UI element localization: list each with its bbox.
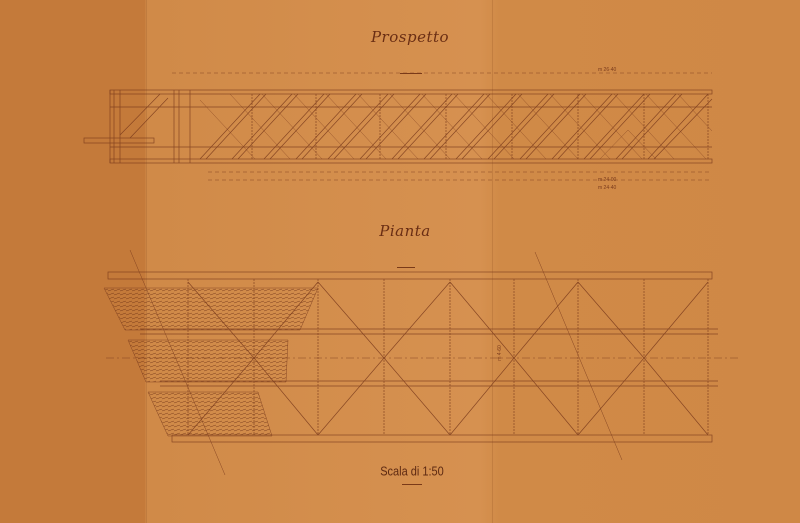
plan-drawing [0,0,800,523]
drawing-sheet: Prospetto m 26·40 m 24·00 m 24·40 Pianta… [0,0,800,523]
